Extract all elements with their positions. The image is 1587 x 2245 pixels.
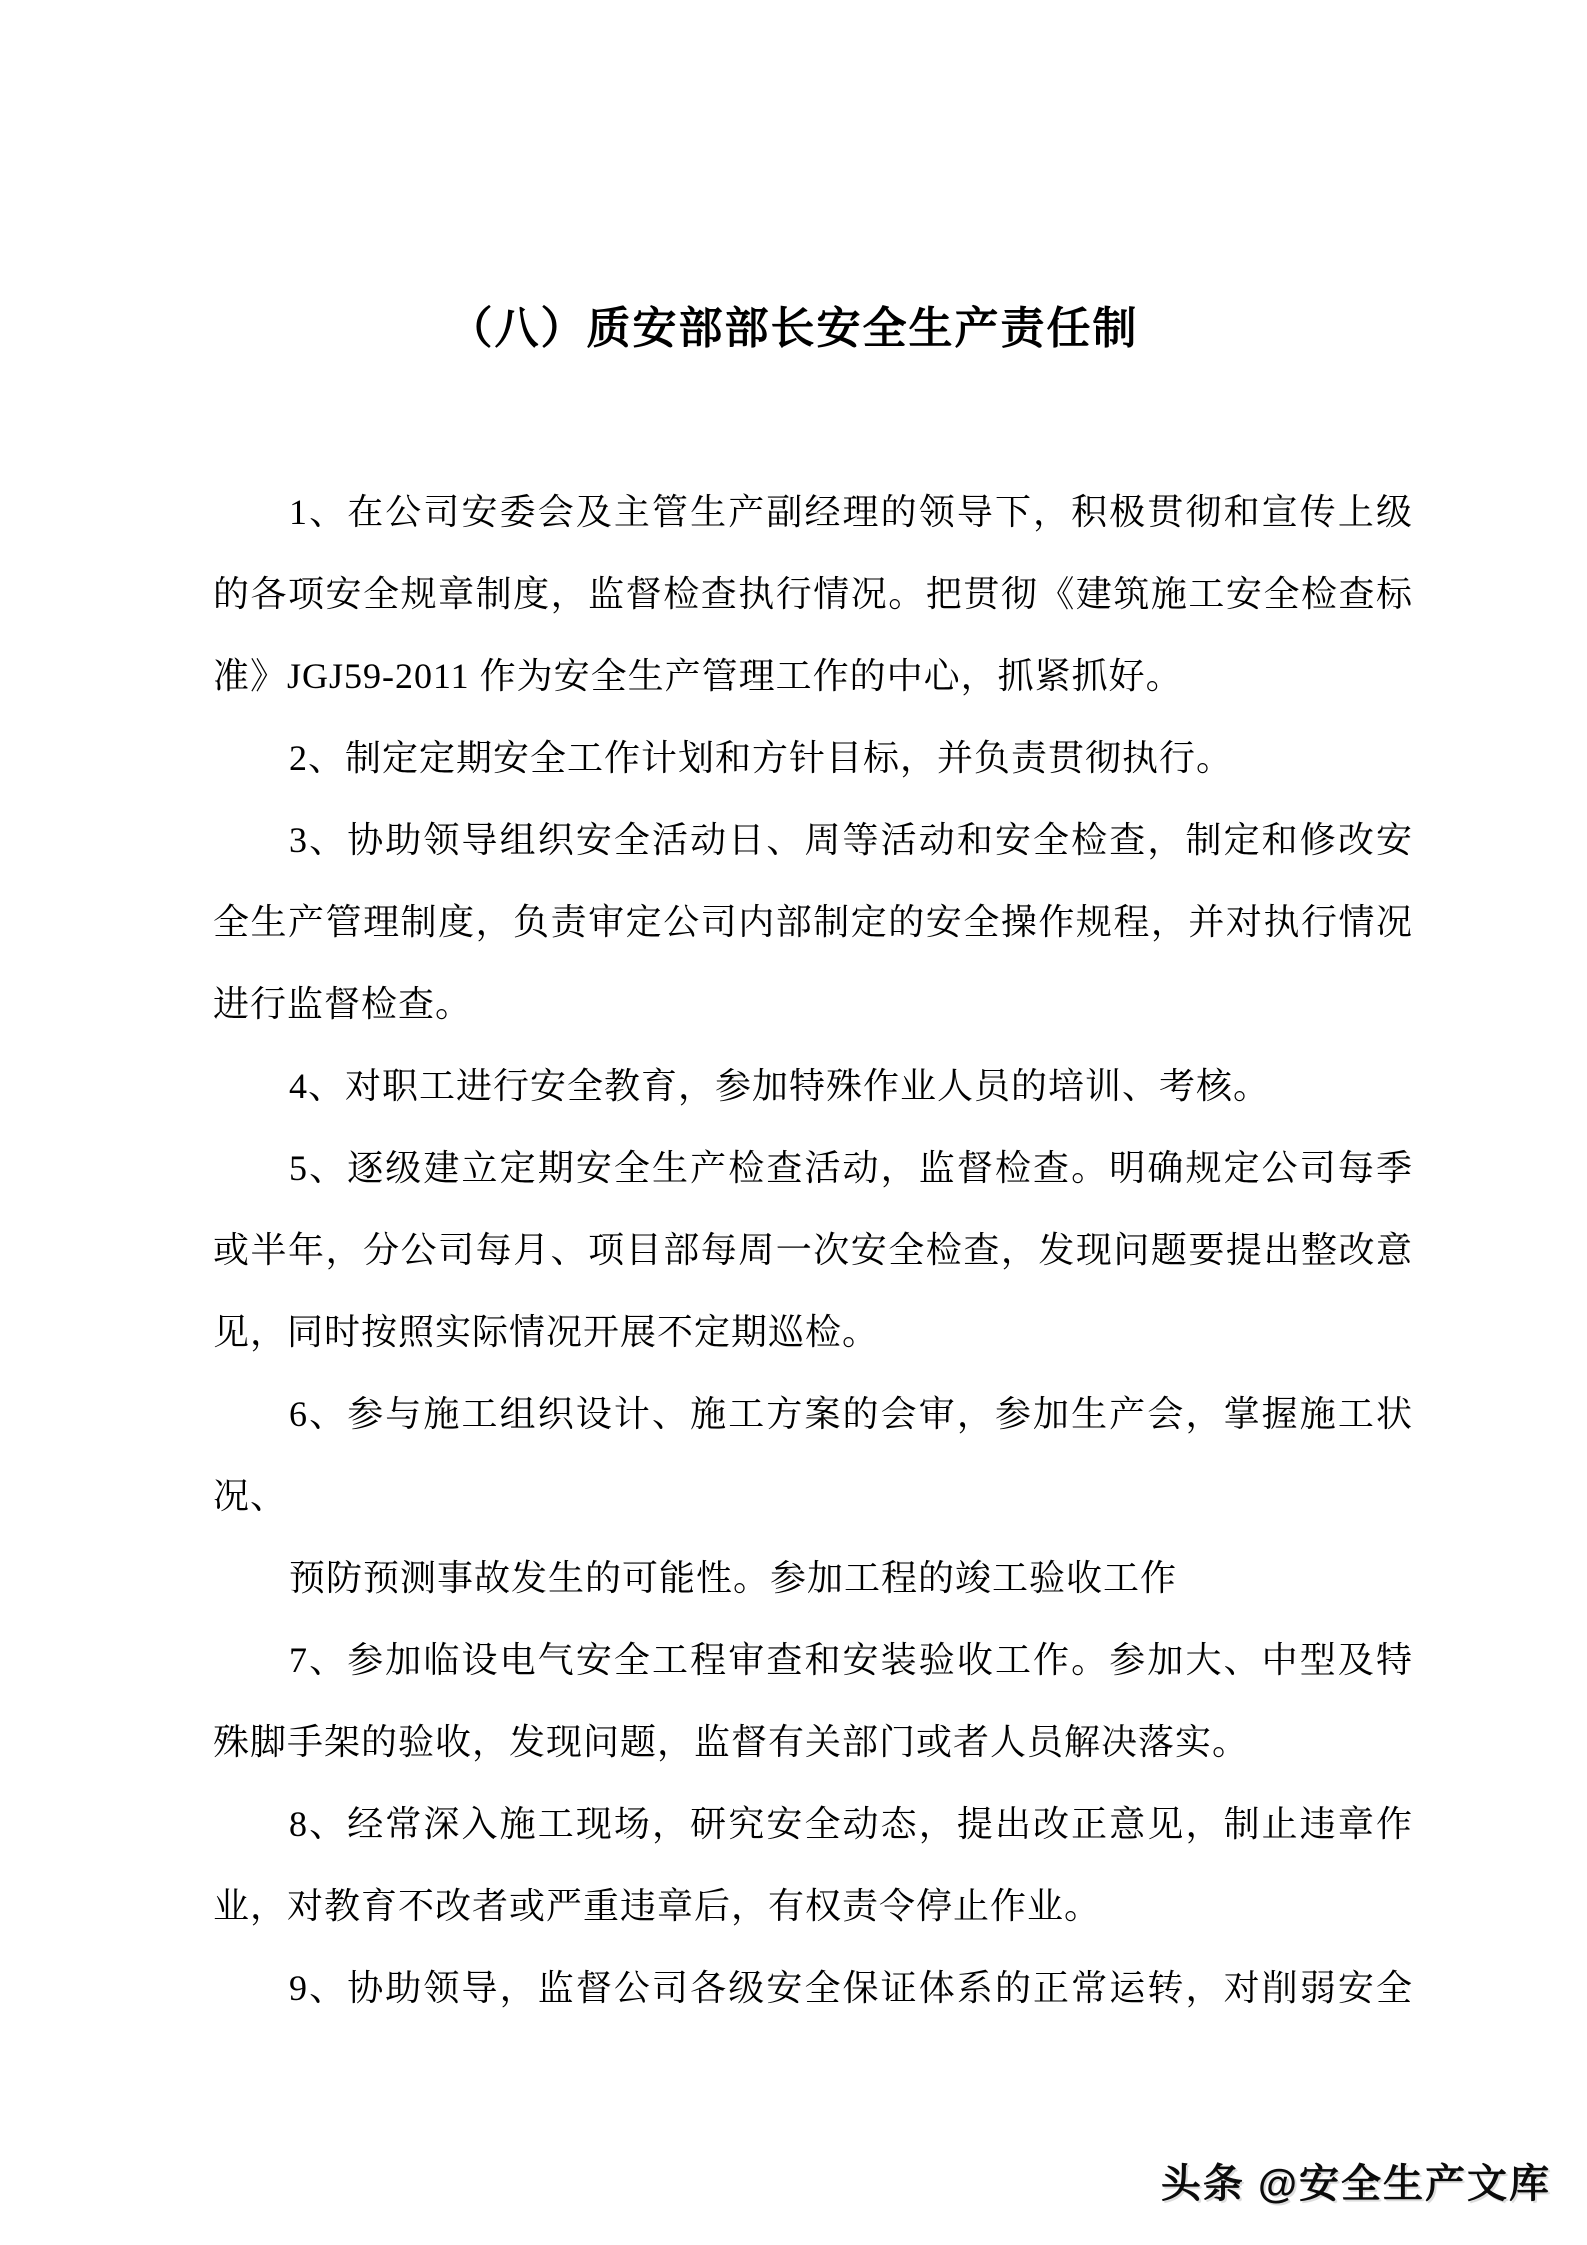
body-line: 业，对教育不改者或严重违章后，有权责令停止作业。 (213, 1865, 1413, 1947)
body-line: 7、参加临设电气安全工程审查和安装验收工作。参加大、中型及特 (213, 1619, 1413, 1701)
body-line: 全生产管理制度，负责审定公司内部制定的安全操作规程，并对执行情况 (213, 881, 1413, 963)
body-line: 或半年，分公司每月、项目部每周一次安全检查，发现问题要提出整改意 (213, 1209, 1413, 1291)
body-line: 2、制定定期安全工作计划和方针目标，并负责贯彻执行。 (213, 717, 1413, 799)
body-line: 4、对职工进行安全教育，参加特殊作业人员的培训、考核。 (213, 1045, 1413, 1127)
document-body: 1、在公司安委会及主管生产副经理的领导下，积极贯彻和宣传上级的各项安全规章制度，… (213, 471, 1413, 2029)
page-title: （八）质安部部长安全生产责任制 (0, 303, 1587, 355)
body-line: 的各项安全规章制度，监督检查执行情况。把贯彻《建筑施工安全检查标 (213, 553, 1413, 635)
body-line: 3、协助领导组织安全活动日、周等活动和安全检查，制定和修改安 (213, 799, 1413, 881)
body-line: 况、 (213, 1455, 1413, 1537)
watermark-text: 头条 @安全生产文库 (1161, 2160, 1551, 2208)
body-line: 殊脚手架的验收，发现问题，监督有关部门或者人员解决落实。 (213, 1701, 1413, 1783)
document-page: （八）质安部部长安全生产责任制 1、在公司安委会及主管生产副经理的领导下，积极贯… (0, 0, 1587, 2245)
body-line: 1、在公司安委会及主管生产副经理的领导下，积极贯彻和宣传上级 (213, 471, 1413, 553)
body-line: 6、参与施工组织设计、施工方案的会审，参加生产会，掌握施工状 (213, 1373, 1413, 1455)
body-line: 5、逐级建立定期安全生产检查活动，监督检查。明确规定公司每季 (213, 1127, 1413, 1209)
body-line: 准》JGJ59-2011 作为安全生产管理工作的中心，抓紧抓好。 (213, 635, 1413, 717)
body-line: 9、协助领导，监督公司各级安全保证体系的正常运转，对削弱安全 (213, 1947, 1413, 2029)
body-line: 进行监督检查。 (213, 963, 1413, 1045)
body-line: 见，同时按照实际情况开展不定期巡检。 (213, 1291, 1413, 1373)
body-line: 8、经常深入施工现场，研究安全动态，提出改正意见，制止违章作 (213, 1783, 1413, 1865)
body-line: 预防预测事故发生的可能性。参加工程的竣工验收工作 (213, 1537, 1413, 1619)
